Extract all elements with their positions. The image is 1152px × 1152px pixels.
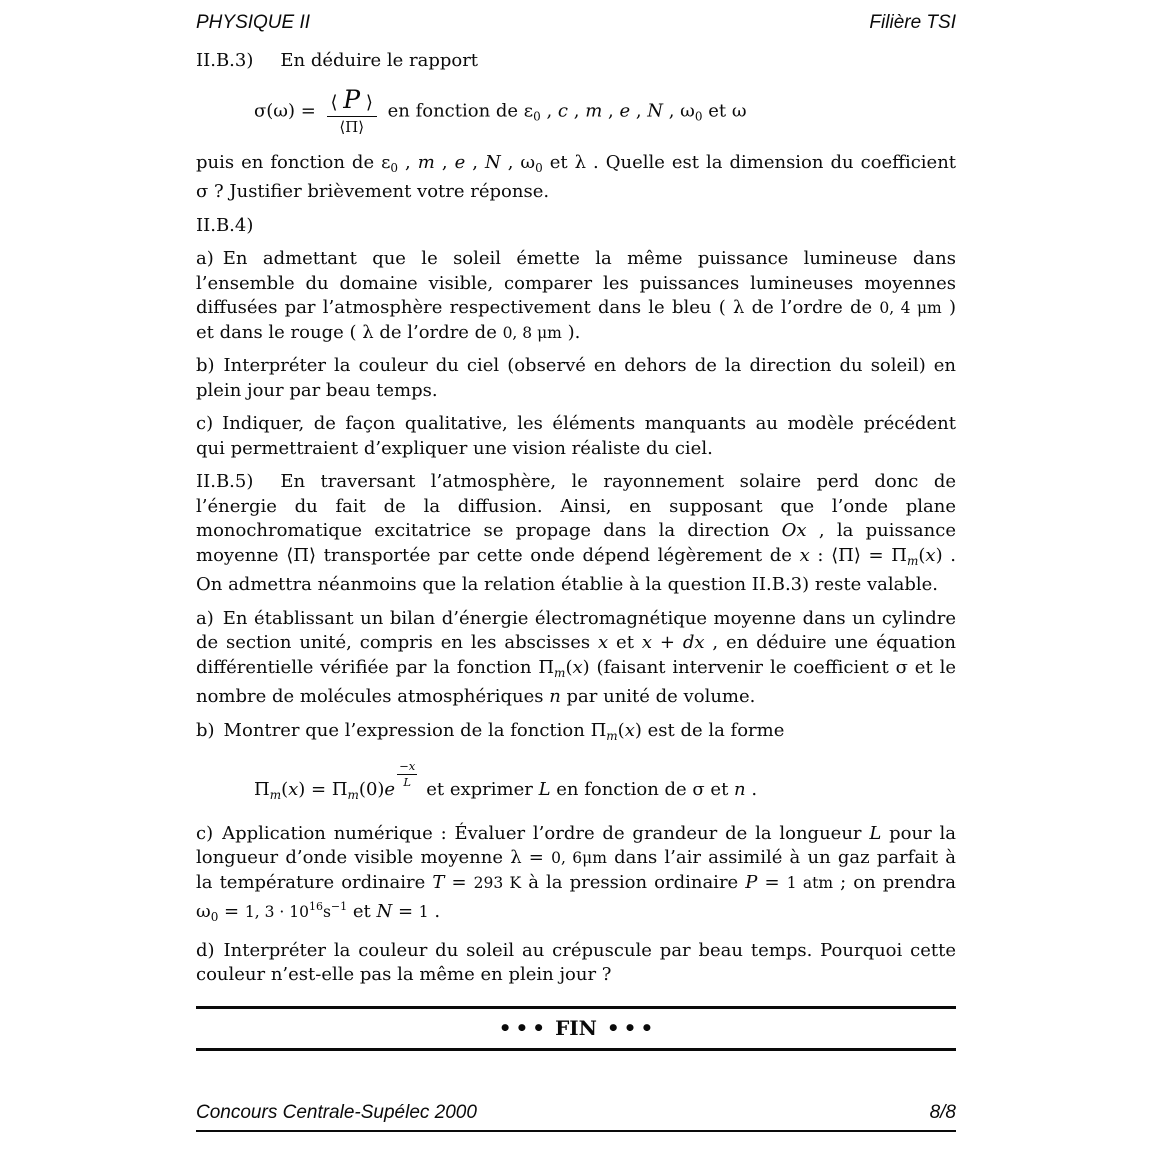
text-segment: T bbox=[432, 872, 444, 893]
paragraph: c) Application numérique : Évaluer l’ord… bbox=[196, 822, 956, 930]
text-segment: , bbox=[602, 100, 619, 121]
text-segment: m bbox=[348, 788, 359, 802]
display-formula: σ(ω) = ⟨ P ⟩⟨Π⟩ en fonction de ε0 , c , … bbox=[254, 86, 956, 137]
header-subject-title: PHYSIQUE II bbox=[196, 12, 310, 34]
text-segment: = bbox=[218, 901, 245, 922]
text-segment: − bbox=[399, 759, 409, 773]
text-segment: ( bbox=[618, 720, 625, 741]
text-segment: L bbox=[539, 779, 551, 800]
exponent-fraction: −xL bbox=[397, 760, 417, 789]
text-segment: ). bbox=[562, 322, 580, 343]
text-segment: 0, 8 μm bbox=[503, 324, 562, 342]
display-formula: Πm(x) = Πm(0)e−xL et exprimer L en fonct… bbox=[254, 760, 956, 808]
text-segment: ⟨ bbox=[331, 92, 344, 113]
text-segment: m bbox=[270, 788, 281, 802]
footer-rule bbox=[196, 1130, 956, 1132]
paragraph: d) Interpréter la couleur du soleil au c… bbox=[196, 939, 956, 988]
text-segment: b) Montrer que l’expression de la foncti… bbox=[196, 720, 606, 741]
page-footer: Concours Centrale-Supélec 2000 8/8 bbox=[196, 1102, 956, 1132]
text-segment: , bbox=[568, 100, 585, 121]
text-segment: ) est de la forme bbox=[635, 720, 785, 741]
paragraph: II.B.5) En traversant l’atmosphère, le r… bbox=[196, 470, 956, 598]
text-segment: (0) bbox=[359, 779, 385, 800]
text-segment: e bbox=[619, 100, 630, 121]
text-segment: , bbox=[465, 152, 485, 173]
text-segment: et bbox=[347, 901, 376, 922]
text-segment: . bbox=[746, 779, 757, 800]
paragraph: II.B.4) bbox=[196, 214, 956, 239]
text-segment: puis en fonction de ε bbox=[196, 152, 390, 173]
paragraph: a) En établissant un bilan d’énergie éle… bbox=[196, 607, 956, 710]
footer-exam-title: Concours Centrale-Supélec 2000 bbox=[196, 1102, 477, 1124]
text-segment: x bbox=[800, 545, 810, 566]
text-segment: L bbox=[869, 823, 881, 844]
header-track-title: Filière TSI bbox=[869, 12, 956, 34]
text-segment: m bbox=[585, 100, 602, 121]
text-segment: 0 bbox=[533, 109, 541, 123]
text-segment: m bbox=[418, 152, 435, 173]
text-segment: 1 atm bbox=[787, 874, 833, 892]
text-segment: N bbox=[485, 152, 501, 173]
fin-separator: • • • FIN • • • bbox=[196, 1006, 956, 1052]
text-segment: , bbox=[435, 152, 455, 173]
text-segment: ⟩ bbox=[360, 92, 373, 113]
text-segment: 293 K bbox=[474, 874, 521, 892]
text-segment: P bbox=[343, 85, 360, 114]
text-segment: 0 bbox=[535, 161, 543, 175]
text-segment: x bbox=[642, 632, 652, 653]
text-segment: à la pression ordinaire bbox=[521, 872, 745, 893]
text-segment: m bbox=[907, 554, 918, 568]
paragraph: b) Interpréter la couleur du ciel (obser… bbox=[196, 354, 956, 403]
text-segment: II.B.3) En déduire le rapport bbox=[196, 50, 478, 71]
page-header: PHYSIQUE II Filière TSI bbox=[196, 12, 956, 34]
fraction: ⟨ P ⟩⟨Π⟩ bbox=[327, 86, 377, 137]
text-segment: n bbox=[734, 779, 746, 800]
text-segment: a) En admettant que le soleil émette la … bbox=[196, 248, 956, 318]
text-segment: b) Interpréter la couleur du ciel (obser… bbox=[196, 355, 956, 401]
text-segment: , ω bbox=[501, 152, 535, 173]
paragraph: puis en fonction de ε0 , m , e , N , ω0 … bbox=[196, 151, 956, 205]
text-segment: par unité de volume. bbox=[561, 686, 756, 707]
text-segment: c) Indiquer, de façon qualitative, les é… bbox=[196, 413, 956, 459]
text-segment: , bbox=[630, 100, 647, 121]
text-segment: L bbox=[403, 775, 411, 789]
text-segment: N bbox=[647, 100, 663, 121]
text-segment: . bbox=[429, 901, 440, 922]
text-segment: 0 bbox=[390, 161, 398, 175]
text-segment: m bbox=[554, 666, 565, 680]
text-segment: 0, 4 μm bbox=[879, 299, 941, 317]
text-segment: m bbox=[606, 729, 617, 743]
text-segment: d) Interpréter la couleur du soleil au c… bbox=[196, 940, 956, 986]
text-segment: x bbox=[925, 545, 935, 566]
paragraph: II.B.3) En déduire le rapport bbox=[196, 49, 956, 74]
footer-page-number: 8/8 bbox=[930, 1102, 956, 1124]
footer-row: Concours Centrale-Supélec 2000 8/8 bbox=[196, 1102, 956, 1130]
text-segment: x bbox=[288, 779, 298, 800]
text-segment: c) Application numérique : Évaluer l’ord… bbox=[196, 823, 869, 844]
text-segment: = bbox=[757, 872, 786, 893]
text-segment: s bbox=[323, 903, 331, 921]
text-segment: = bbox=[392, 901, 419, 922]
text-segment: x bbox=[572, 657, 582, 678]
text-segment: x bbox=[625, 720, 635, 741]
text-segment: e bbox=[455, 152, 466, 173]
paragraph: a) En admettant que le soleil émette la … bbox=[196, 247, 956, 345]
text-segment: : ⟨Π⟩ = Π bbox=[810, 545, 907, 566]
text-segment: et bbox=[608, 632, 642, 653]
document-body: II.B.3) En déduire le rapportσ(ω) = ⟨ P … bbox=[196, 49, 956, 988]
text-segment: dx bbox=[683, 632, 705, 653]
text-segment: x bbox=[409, 759, 416, 773]
numerator: −x bbox=[397, 760, 417, 775]
text-segment: e bbox=[384, 779, 395, 800]
exam-page: PHYSIQUE II Filière TSI II.B.3) En dédui… bbox=[0, 0, 1152, 1152]
text-segment: −1 bbox=[331, 900, 347, 913]
text-segment: + bbox=[652, 632, 683, 653]
denominator: L bbox=[397, 775, 417, 789]
text-segment: II.B.4) bbox=[196, 215, 253, 236]
text-segment: Ox bbox=[782, 520, 807, 541]
text-segment: 1 bbox=[419, 903, 429, 921]
fin-label: • • • FIN • • • bbox=[196, 1009, 956, 1049]
text-segment: en fonction de σ et bbox=[551, 779, 735, 800]
paragraph: b) Montrer que l’expression de la foncti… bbox=[196, 719, 956, 749]
text-segment: et ω bbox=[703, 100, 747, 121]
text-segment: Π bbox=[254, 779, 270, 800]
text-segment: ) = Π bbox=[298, 779, 347, 800]
text-segment: x bbox=[598, 632, 608, 653]
text-segment: = bbox=[444, 872, 473, 893]
text-segment: 1, 3 · 10 bbox=[245, 903, 309, 921]
fin-rule-bottom bbox=[196, 1048, 956, 1051]
text-segment: 16 bbox=[309, 900, 323, 913]
paragraph: c) Indiquer, de façon qualitative, les é… bbox=[196, 412, 956, 461]
denominator: ⟨Π⟩ bbox=[327, 117, 377, 136]
document: II.B.3) En déduire le rapportσ(ω) = ⟨ P … bbox=[196, 49, 956, 1051]
text-segment: , bbox=[398, 152, 418, 173]
text-segment: , ω bbox=[663, 100, 695, 121]
text-segment: ⟨Π⟩ bbox=[339, 118, 364, 136]
text-segment: c bbox=[558, 100, 568, 121]
text-segment: , bbox=[541, 100, 558, 121]
text-segment: P bbox=[745, 872, 757, 893]
numerator: ⟨ P ⟩ bbox=[327, 86, 377, 118]
text-segment: et exprimer bbox=[417, 779, 538, 800]
text-segment: N bbox=[376, 901, 392, 922]
text-segment: en fonction de ε bbox=[382, 100, 533, 121]
text-segment: σ(ω) = bbox=[254, 100, 322, 121]
text-segment: n bbox=[549, 686, 561, 707]
text-segment: 0 bbox=[695, 109, 703, 123]
text-segment: 0, 6μm bbox=[551, 849, 607, 867]
